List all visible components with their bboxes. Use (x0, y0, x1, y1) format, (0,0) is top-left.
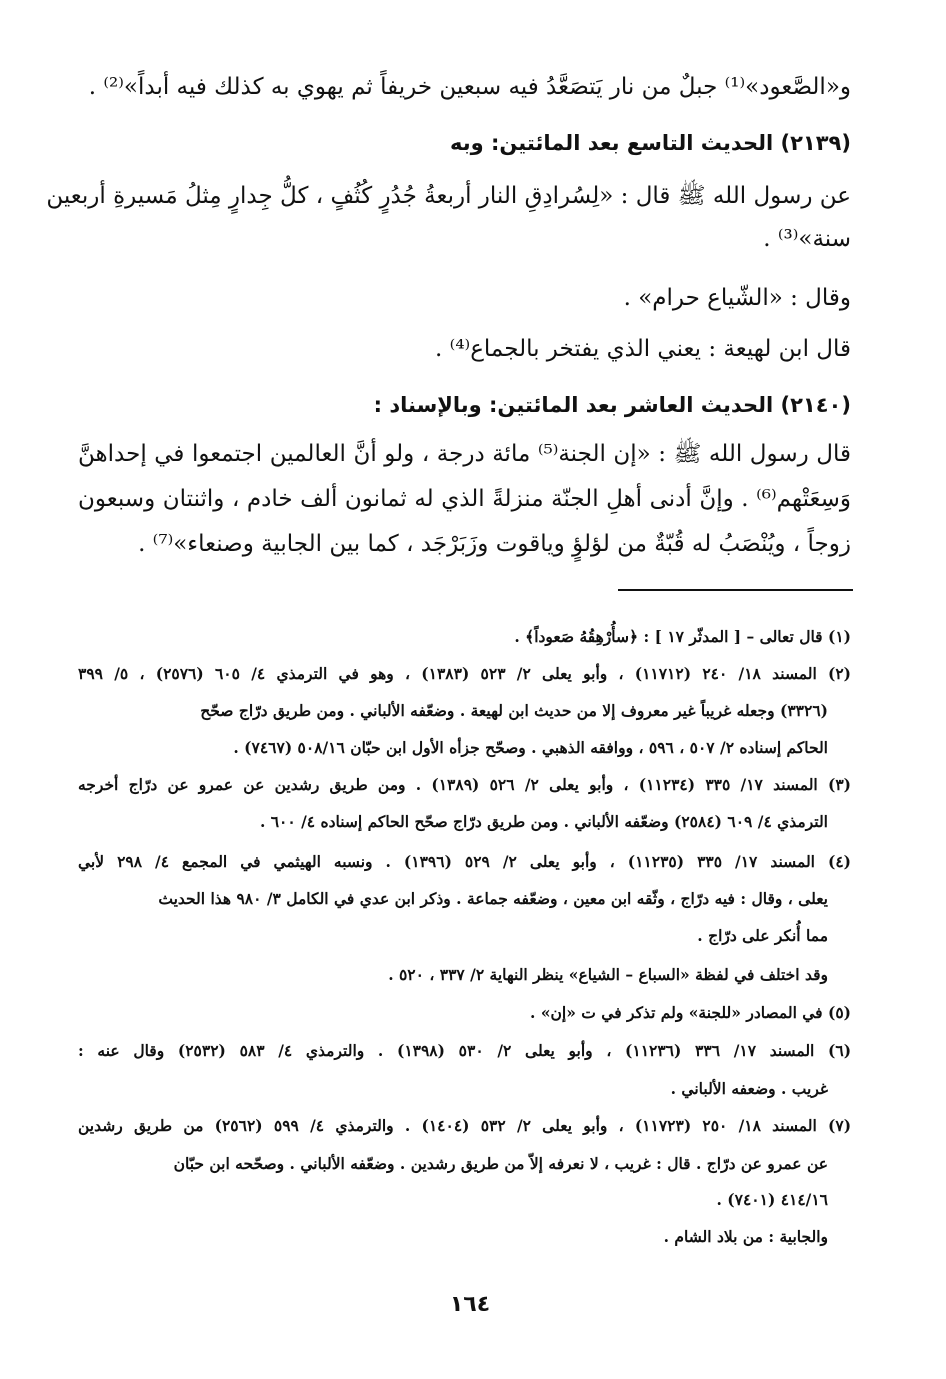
footnote-2-line-3: الحاكم إسناده ٢/ ٥٠٧ ، ٥٩٦ ، ووافقه الذه… (233, 737, 828, 759)
footnote-4-line-3: مما أُنكر على درّاج . (697, 925, 828, 947)
footnote-7-line-2: عن عمرو عن درّاج . قال : غريب ، لا نعرفه… (174, 1153, 828, 1175)
footnote-3-line-1: (٣) المسند ١٧/ ٣٣٥ (١١٢٣٤) ، وأبو يعلى ٢… (78, 774, 851, 796)
hadith-2140-line-2: وَسِعَتْهم⁽⁶⁾ . وإنَّ أدنى أهلِ الجنّة م… (78, 484, 851, 514)
footnote-2-line-2: (٣٣٢٦) وجعله غريباً غير معروف إلا من حدي… (200, 700, 828, 722)
footnote-3-line-2: الترمذي ٤/ ٦٠٩ (٢٥٨٤) وضعّفه الألباني . … (260, 811, 828, 833)
hadith-2139-line-4: قال ابن لهيعة : يعني الذي يفتخر بالجماع⁽… (435, 334, 851, 364)
book-page: و«الصَّعود»⁽¹⁾ جبلٌ من نار يَتصَعَّدُ في… (0, 0, 946, 1379)
hadith-2140-line-1: قال رسول الله ﷺ : «إن الجنة⁽⁵⁾ مائة درجة… (78, 439, 851, 469)
hadith-2139-line-2: سنة»⁽³⁾ . (763, 224, 851, 254)
footnote-divider (618, 589, 853, 591)
footnote-1: (١) قال تعالى – [ المدثّر ١٧ ] : ﴿سأُرْه… (514, 626, 851, 648)
hadith-2139-heading: (٢١٣٩) الحديث التاسع بعد المائتين: وبه (450, 128, 851, 158)
hadith-2139-line-3: وقال : «الشّياع حرام» . (624, 283, 851, 313)
page-number: ١٦٤ (430, 1292, 510, 1317)
footnote-4-line-1: (٤) المسند ١٧/ ٣٣٥ (١١٢٣٥) ، وأبو يعلى ٢… (78, 851, 851, 873)
footnote-2-line-1: (٢) المسند ١٨/ ٢٤٠ (١١٧١٢) ، وأبو يعلى ٢… (78, 663, 851, 685)
hadith-2140-heading: (٢١٤٠) الحديث العاشر بعد المائتين: وبالإ… (374, 390, 851, 420)
footnote-7-line-1: (٧) المسند ١٨/ ٢٥٠ (١١٧٢٣) ، وأبو يعلى ٢… (78, 1115, 851, 1137)
footnote-4-line-4: وقد اختلف في لفظة «السباع – الشياع» ينظر… (388, 964, 828, 986)
footnote-5: (٥) في المصادر «للجنة» ولم تذكر في ت «إن… (530, 1002, 851, 1024)
hadith-2140-line-3: زوجاً ، ويُنْصَبُ له قُبّةٌ من لؤلؤٍ ويا… (138, 529, 851, 559)
footnote-4-line-2: يعلى ، وقال : فيه درّاج ، وثّقه ابن معين… (158, 888, 828, 910)
footnote-6-line-2: غريب . وضعفه الألباني . (671, 1078, 828, 1100)
main-text-line-1: و«الصَّعود»⁽¹⁾ جبلٌ من نار يَتصَعَّدُ في… (89, 72, 851, 102)
footnote-7-line-4: والجابية : من بلاد الشام . (664, 1226, 828, 1248)
footnote-7-line-3: ٤١٤/١٦ (٧٤٠١) . (717, 1189, 828, 1211)
hadith-2139-line-1: عن رسول الله ﷺ قال : «لِسُرادِقِ النار أ… (78, 181, 851, 211)
footnote-6-line-1: (٦) المسند ١٧/ ٣٣٦ (١١٢٣٦) ، وأبو يعلى ٢… (78, 1040, 851, 1062)
